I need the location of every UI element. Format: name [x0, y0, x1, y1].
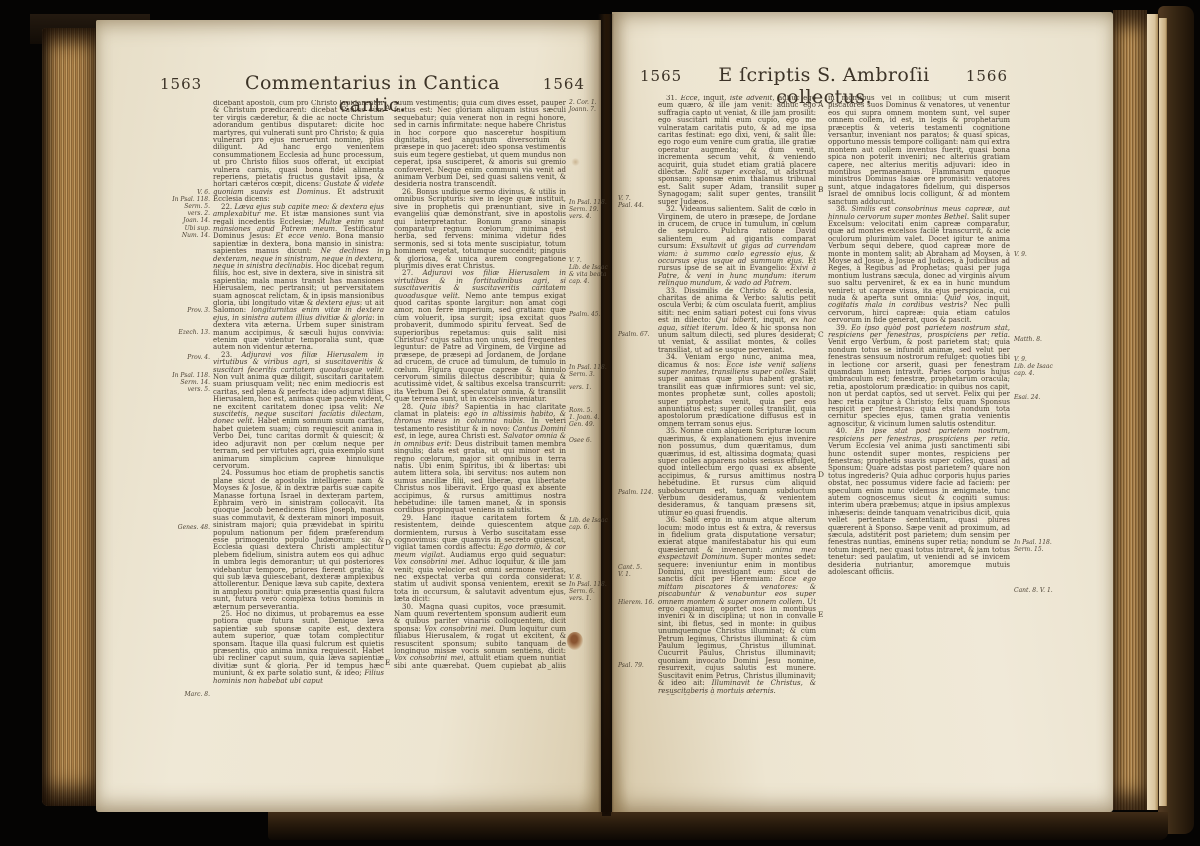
right-page-column-letters: ABCDE — [818, 0, 828, 846]
section-letter-marker: B — [818, 185, 824, 194]
left-page-column-a: dicebant apostoli, cùm pro Christo lapid… — [213, 100, 384, 702]
margin-reference-note: vers. 1. — [569, 385, 601, 391]
section-letter-marker: C — [385, 393, 391, 402]
section-letter-marker: B — [385, 248, 391, 257]
margin-reference-note: Serm. 15. — [1014, 547, 1062, 553]
left-page-column-b: suum vestimentis; quia cùm dives esset, … — [394, 100, 566, 670]
margin-reference-note: Num. 14. — [164, 233, 210, 239]
margin-reference-note: Psalm. 124. — [618, 490, 656, 496]
margin-reference-note: Serm. 3. — [569, 372, 601, 378]
margin-reference-note: Psal. 79. — [618, 663, 656, 669]
margin-reference-note: Psal. 44. — [618, 203, 656, 209]
page-block-fore-edge-right — [1113, 10, 1147, 810]
margin-reference-note: Psalm. 45. — [569, 312, 601, 318]
left-page-column-letters: ABCDE — [385, 0, 395, 846]
section-letter-marker: D — [385, 538, 391, 547]
margin-reference-note: Ezech. 13. — [164, 330, 210, 336]
book-photograph: 1563 Commentarius in Cantica cantic. 156… — [0, 0, 1200, 846]
margin-reference-note: Prov. 4. — [164, 355, 210, 361]
margin-reference-note: V. 9. — [1014, 252, 1062, 258]
margin-reference-note: vers. 5. — [164, 387, 210, 393]
margin-reference-note: Joann. 7. — [569, 107, 601, 113]
margin-reference-note: Gen. 49. — [569, 422, 601, 428]
margin-reference-note: cap. 6. — [569, 525, 601, 531]
section-letter-marker: D — [818, 470, 824, 479]
margin-reference-note: Cant. 8. V. 1. — [1014, 588, 1062, 594]
protruding-page-edge-2 — [1159, 18, 1167, 806]
right-page-column-d: in montibus vel in collibus; ut cùm mise… — [828, 95, 1010, 667]
margin-reference-note: Joan. 14. — [164, 218, 210, 224]
section-letter-marker: A — [818, 100, 823, 109]
margin-reference-note: cap. 4. — [1014, 371, 1062, 377]
margin-reference-note: Psalm. 67. — [618, 332, 656, 338]
section-letter-marker: A — [385, 103, 390, 112]
right-page-gutter-margin-notes: V. 7.Psal. 44.Psalm. 67.Psalm. 124.Cant.… — [618, 0, 656, 846]
section-letter-marker: E — [385, 658, 390, 667]
margin-reference-note: Genes. 48. — [164, 525, 210, 531]
page-block-fore-edge-left — [42, 28, 98, 806]
margin-reference-note: Esai. 24. — [1014, 395, 1062, 401]
margin-reference-note: vers. 4. — [569, 214, 601, 220]
margin-reference-note: Prov. 3. — [164, 308, 210, 314]
page-number-1566: 1566 — [938, 67, 1008, 85]
right-page-outer-margin-notes: V. 9.Matth. 8.V. 9.Lib. de Isaaccap. 4.E… — [1014, 0, 1062, 846]
margin-reference-note: Hierem. 16. — [618, 600, 656, 606]
section-letter-marker: E — [818, 610, 823, 619]
protruding-page-edge — [1147, 14, 1158, 810]
margin-reference-note: V. 1. — [618, 572, 656, 578]
margin-reference-note: Matth. 8. — [1014, 337, 1062, 343]
book-gutter-shadow — [602, 690, 611, 816]
margin-reference-note: Marc. 8. — [164, 692, 210, 698]
left-page-gutter-margin-notes: 2. Cor. 1.Joann. 7.In Psal. 118.Serm. 19… — [569, 0, 601, 846]
left-page-outer-margin-notes: V. 6.In Psal. 118.Serm. 5.vers. 2.Joan. … — [164, 0, 210, 846]
section-letter-marker: C — [818, 330, 824, 339]
margin-reference-note: cap. 4. — [569, 279, 601, 285]
margin-reference-note: vers. 1. — [569, 596, 601, 602]
margin-reference-note: Osee 6. — [569, 438, 601, 444]
right-page-column-c: 31. Ecce, inquit, iste advenit, adhuc eg… — [658, 95, 816, 695]
